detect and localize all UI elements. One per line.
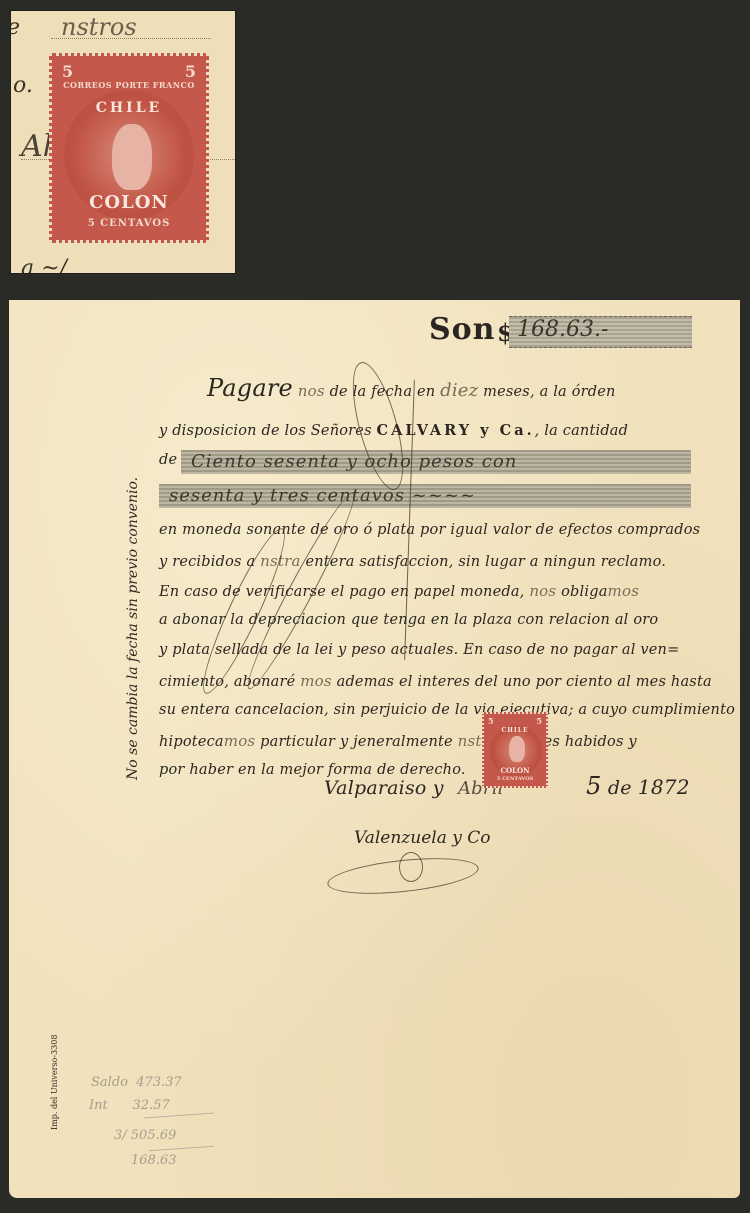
place-text: Valparaiso y bbox=[324, 777, 444, 799]
handwritten-fill: diez bbox=[440, 380, 478, 401]
printed-text: de bbox=[608, 777, 632, 799]
stamp-detail-inset: e nstros o. Ahrl a ~/ 5 5 CORREOS PORTE … bbox=[10, 10, 236, 274]
handwritten-amount-words: Ciento sesenta y ocho pesos con bbox=[191, 451, 517, 472]
stamp-country: CHILE bbox=[484, 727, 546, 734]
payee-name: CALVARY y Ca. bbox=[377, 422, 535, 439]
pencil-rule bbox=[144, 1113, 214, 1119]
paper-edge-tear bbox=[0, 595, 8, 629]
stamp-value-text: 5 CENTAVOS bbox=[484, 776, 546, 782]
handwritten-amount-words: sesenta y tres centavos ~~~~ bbox=[169, 485, 476, 506]
printed-text: hipoteca bbox=[159, 734, 224, 750]
vertical-margin-note: No se cambia la fecha sin previo conveni… bbox=[125, 477, 141, 780]
amount-box: 168.63.- bbox=[509, 316, 692, 348]
text-line-11: su entera cancelacion, sin perjuicio de … bbox=[159, 702, 735, 718]
handwriting-fragment: a ~/ bbox=[21, 256, 67, 274]
printed-text: entera satisfaccion, sin lugar a ningun … bbox=[305, 554, 666, 570]
postage-stamp-small: 5 5 CHILE COLON 5 CENTAVOS bbox=[482, 712, 548, 788]
handwriting-fragment: nstros bbox=[61, 13, 137, 41]
stamp-top-text: CORREOS PORTE FRANCO bbox=[52, 80, 206, 90]
handwriting-fragment: e bbox=[10, 15, 20, 40]
handwritten-fill: nos bbox=[529, 582, 556, 600]
printed-text: cimiento, abonaré bbox=[159, 674, 295, 690]
signature: Valenzuela y Co bbox=[354, 828, 491, 848]
stamp-name: COLON bbox=[52, 192, 206, 213]
handwritten-fill: mos bbox=[300, 672, 332, 690]
amount-words-band-1: Ciento sesenta y ocho pesos con bbox=[181, 450, 691, 474]
handwritten-fill: nos bbox=[298, 382, 325, 400]
signature-flourish bbox=[399, 852, 423, 882]
printed-text: ademas el interes del uno por ciento al … bbox=[337, 674, 712, 690]
year-text: 1872 bbox=[638, 775, 690, 799]
amount-value: 168.63.- bbox=[517, 317, 608, 342]
handwritten-fill: mos bbox=[224, 732, 256, 750]
printer-imprint: Imp. del Universo-3308 bbox=[50, 1035, 59, 1130]
text-line-6: y recibidos a nstra entera satisfaccion,… bbox=[159, 552, 666, 570]
text-line-7: En caso de verificarse el pago en papel … bbox=[159, 582, 639, 600]
stamp-country: CHILE bbox=[52, 100, 206, 116]
text-line-1: Pagare nos de la fecha en diez meses, a … bbox=[207, 374, 616, 402]
pencil-note: Saldo 473.37 bbox=[91, 1075, 182, 1090]
printed-text: meses, a la órden bbox=[483, 384, 615, 400]
stamp-corner-value: 5 bbox=[52, 62, 206, 81]
printed-text: y disposicion de los Señores bbox=[159, 423, 372, 439]
pencil-note: 3/ 505.69 bbox=[114, 1128, 176, 1143]
handwritten-day: 5 bbox=[586, 772, 601, 800]
son-label: Son bbox=[429, 312, 496, 347]
promissory-note-document: Son $ 168.63.- Pagare nos de la fecha en… bbox=[9, 300, 740, 1198]
pencil-note: 168.63 bbox=[131, 1153, 177, 1168]
handwritten-fill: mos bbox=[608, 582, 640, 600]
amount-words-band-2: sesenta y tres centavos ~~~~ bbox=[159, 484, 691, 508]
portrait-columbus-icon bbox=[112, 124, 152, 190]
printed-text: En caso de verificarse el pago en papel … bbox=[159, 584, 525, 600]
stamp-name: COLON bbox=[484, 766, 546, 775]
handwriting-fragment: o. bbox=[13, 73, 33, 98]
pencil-note: Int 32.57 bbox=[89, 1098, 170, 1113]
stamp-value-text: 5 CENTAVOS bbox=[52, 218, 206, 229]
printed-text: y recibidos a bbox=[159, 554, 255, 570]
portrait-columbus-icon bbox=[509, 736, 525, 762]
text-line-3-prefix: de bbox=[159, 452, 177, 468]
pencil-rule bbox=[149, 1146, 214, 1152]
postage-stamp-large: 5 5 CORREOS PORTE FRANCO CHILE COLON 5 C… bbox=[49, 53, 209, 243]
pagare-heading: Pagare bbox=[207, 374, 293, 402]
text-line-5: en moneda sonante de oro ó plata por igu… bbox=[159, 522, 700, 538]
printed-text: , la cantidad bbox=[535, 423, 629, 439]
printed-text: obliga bbox=[561, 584, 607, 600]
text-line-10: cimiento, abonaré mos ademas el interes … bbox=[159, 672, 712, 690]
text-line-12: hipotecamos particular y jeneralmente ns… bbox=[159, 732, 637, 750]
printed-text: particular y jeneralmente bbox=[260, 734, 453, 750]
